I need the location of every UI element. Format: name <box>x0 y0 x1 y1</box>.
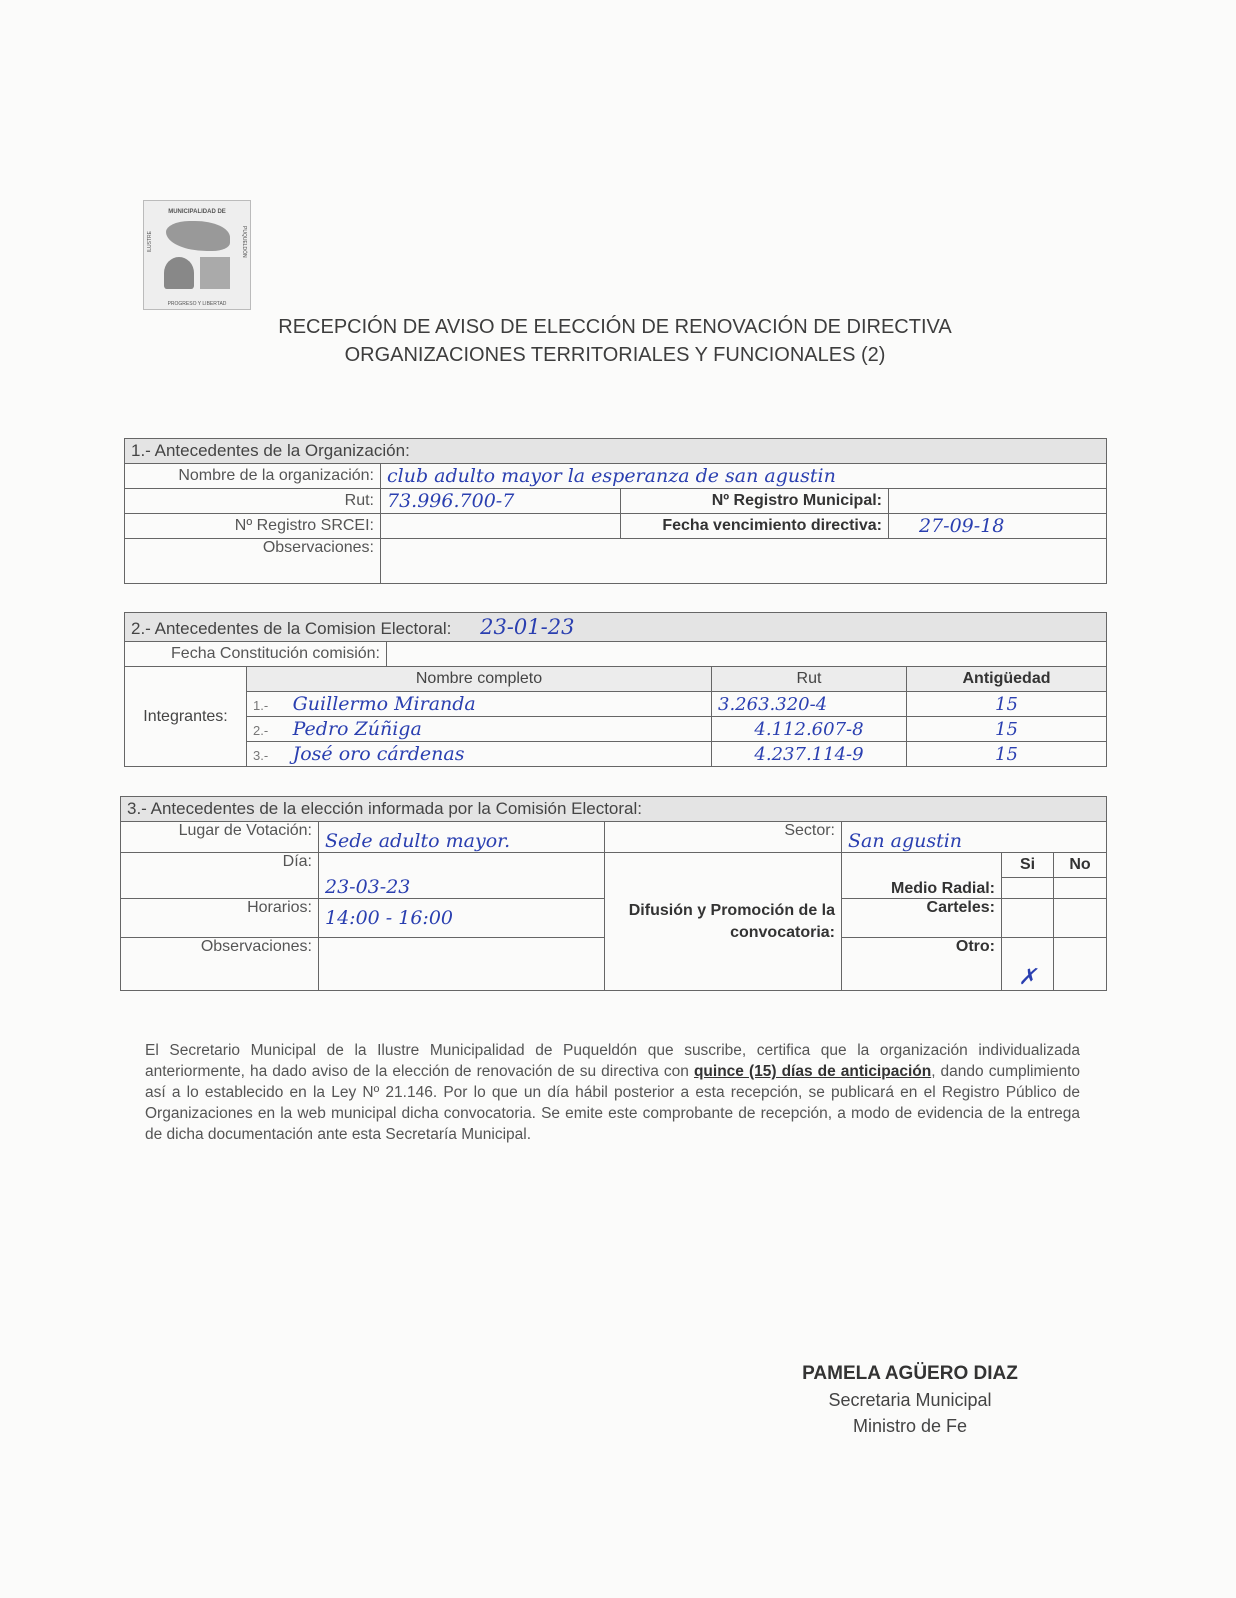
observaciones3-field[interactable] <box>319 938 605 991</box>
rut-label: Rut: <box>125 489 381 514</box>
lugar-votacion-label: Lugar de Votación: <box>121 822 319 853</box>
otro-si-checkbox[interactable]: ✗ <box>1002 938 1054 991</box>
member-antiguedad[interactable]: 15 <box>907 717 1107 742</box>
section2-header-label: 2.- Antecedentes de la Comision Electora… <box>131 619 451 638</box>
fecha-vencimiento-label: Fecha vencimiento directiva: <box>621 514 889 539</box>
member-name: Pedro Zúñiga <box>293 718 422 740</box>
org-name-field[interactable]: club adulto mayor la esperanza de san ag… <box>381 464 1107 489</box>
member-name: Guillermo Miranda <box>293 693 476 715</box>
srcei-field[interactable] <box>381 514 621 539</box>
rut-field[interactable]: 73.996.700-7 <box>381 489 621 514</box>
member-antiguedad[interactable]: 15 <box>907 742 1107 767</box>
sector-label: Sector: <box>605 822 842 853</box>
fecha-vencimiento-field[interactable]: 27-09-18 <box>889 514 1107 539</box>
member-row: 3.- José oro cárdenas 4.237.114-9 15 <box>125 742 1107 767</box>
section-eleccion: 3.- Antecedentes de la elección informad… <box>120 796 1107 991</box>
member-antiguedad[interactable]: 15 <box>907 692 1107 717</box>
lugar-votacion-field[interactable]: Sede adulto mayor. <box>319 822 605 853</box>
member-rut[interactable]: 4.237.114-9 <box>712 742 907 767</box>
certification-emphasis: quince (15) días de anticipación <box>694 1063 931 1080</box>
org-name-label: Nombre de la organización: <box>125 464 381 489</box>
member-row: 2.- Pedro Zúñiga 4.112.607-8 15 <box>125 717 1107 742</box>
member-rut[interactable]: 4.112.607-8 <box>712 717 907 742</box>
member-num: 2.- <box>253 723 268 738</box>
signatory-title: Ministro de Fe <box>760 1416 1060 1437</box>
member-name: José oro cárdenas <box>293 743 465 765</box>
tree-icon <box>164 257 194 289</box>
observaciones1-field[interactable] <box>381 539 1107 584</box>
section2-header-date[interactable]: 23-01-23 <box>480 615 574 639</box>
boat-icon <box>200 257 230 289</box>
document-title-line2: ORGANIZACIONES TERRITORIALES Y FUNCIONAL… <box>200 344 1030 367</box>
no-column: No <box>1054 853 1107 899</box>
otro-label: Otro: <box>842 938 1002 991</box>
logo-top-text: MUNICIPALIDAD DE <box>144 209 250 215</box>
medio-radial-label: Medio Radial: <box>842 853 1002 899</box>
section3-header: 3.- Antecedentes de la elección informad… <box>121 797 1107 822</box>
section2-header: 2.- Antecedentes de la Comision Electora… <box>125 613 1107 642</box>
member-name-cell[interactable]: 1.- Guillermo Miranda <box>247 692 712 717</box>
carteles-label: Carteles: <box>842 899 1002 938</box>
logo-motto: PROGRESO Y LIBERTAD <box>144 301 250 307</box>
fecha-constitucion-label: Fecha Constitución comisión: <box>125 642 387 667</box>
registro-municipal-label: Nº Registro Municipal: <box>621 489 889 514</box>
logo-right-text: PUQUELDÓN <box>241 226 247 258</box>
dia-label: Día: <box>121 853 319 899</box>
horarios-field[interactable]: 14:00 - 16:00 <box>319 899 605 938</box>
section-comision-electoral: 2.- Antecedentes de la Comision Electora… <box>124 612 1107 767</box>
fecha-constitucion-field[interactable] <box>387 642 1107 667</box>
medio-radial-no-checkbox[interactable] <box>1054 878 1106 898</box>
no-header: No <box>1054 853 1106 878</box>
island-icon <box>166 221 230 251</box>
dia-field[interactable]: 23-03-23 <box>319 853 605 899</box>
col-nombre-header: Nombre completo <box>247 667 712 692</box>
otro-no-checkbox[interactable] <box>1054 938 1107 991</box>
col-rut-header: Rut <box>712 667 907 692</box>
section1-header: 1.- Antecedentes de la Organización: <box>125 439 1107 464</box>
member-num: 3.- <box>253 748 268 763</box>
carteles-no-checkbox[interactable] <box>1054 899 1107 938</box>
logo-left-text: ILUSTRE <box>147 231 153 252</box>
sector-field[interactable]: San agustin <box>842 822 1107 853</box>
difusion-label: Difusión y Promoción de la convocatoria: <box>605 853 842 991</box>
si-column: Si <box>1002 853 1054 899</box>
section-organizacion: 1.- Antecedentes de la Organización: Nom… <box>124 438 1107 584</box>
horarios-label: Horarios: <box>121 899 319 938</box>
observaciones1-label: Observaciones: <box>125 539 381 584</box>
municipal-logo: MUNICIPALIDAD DE ILUSTRE PUQUELDÓN PROGR… <box>143 200 251 310</box>
signatory-role: Secretaria Municipal <box>760 1390 1060 1411</box>
member-name-cell[interactable]: 3.- José oro cárdenas <box>247 742 712 767</box>
integrantes-label: Integrantes: <box>125 667 247 767</box>
signatory-name: PAMELA AGÜERO DIAZ <box>760 1363 1060 1385</box>
srcei-label: Nº Registro SRCEI: <box>125 514 381 539</box>
carteles-si-checkbox[interactable] <box>1002 899 1054 938</box>
member-rut[interactable]: 3.263.320-4 <box>712 692 907 717</box>
member-row: 1.- Guillermo Miranda 3.263.320-4 15 <box>125 692 1107 717</box>
member-num: 1.- <box>253 698 268 713</box>
certification-text: El Secretario Municipal de la Ilustre Mu… <box>145 1040 1080 1145</box>
si-header: Si <box>1002 853 1053 878</box>
registro-municipal-field[interactable] <box>889 489 1107 514</box>
medio-radial-si-checkbox[interactable] <box>1002 878 1053 898</box>
observaciones3-label: Observaciones: <box>121 938 319 991</box>
document-title-line1: RECEPCIÓN DE AVISO DE ELECCIÓN DE RENOVA… <box>200 316 1030 339</box>
member-name-cell[interactable]: 2.- Pedro Zúñiga <box>247 717 712 742</box>
col-antiguedad-header: Antigüedad <box>907 667 1107 692</box>
